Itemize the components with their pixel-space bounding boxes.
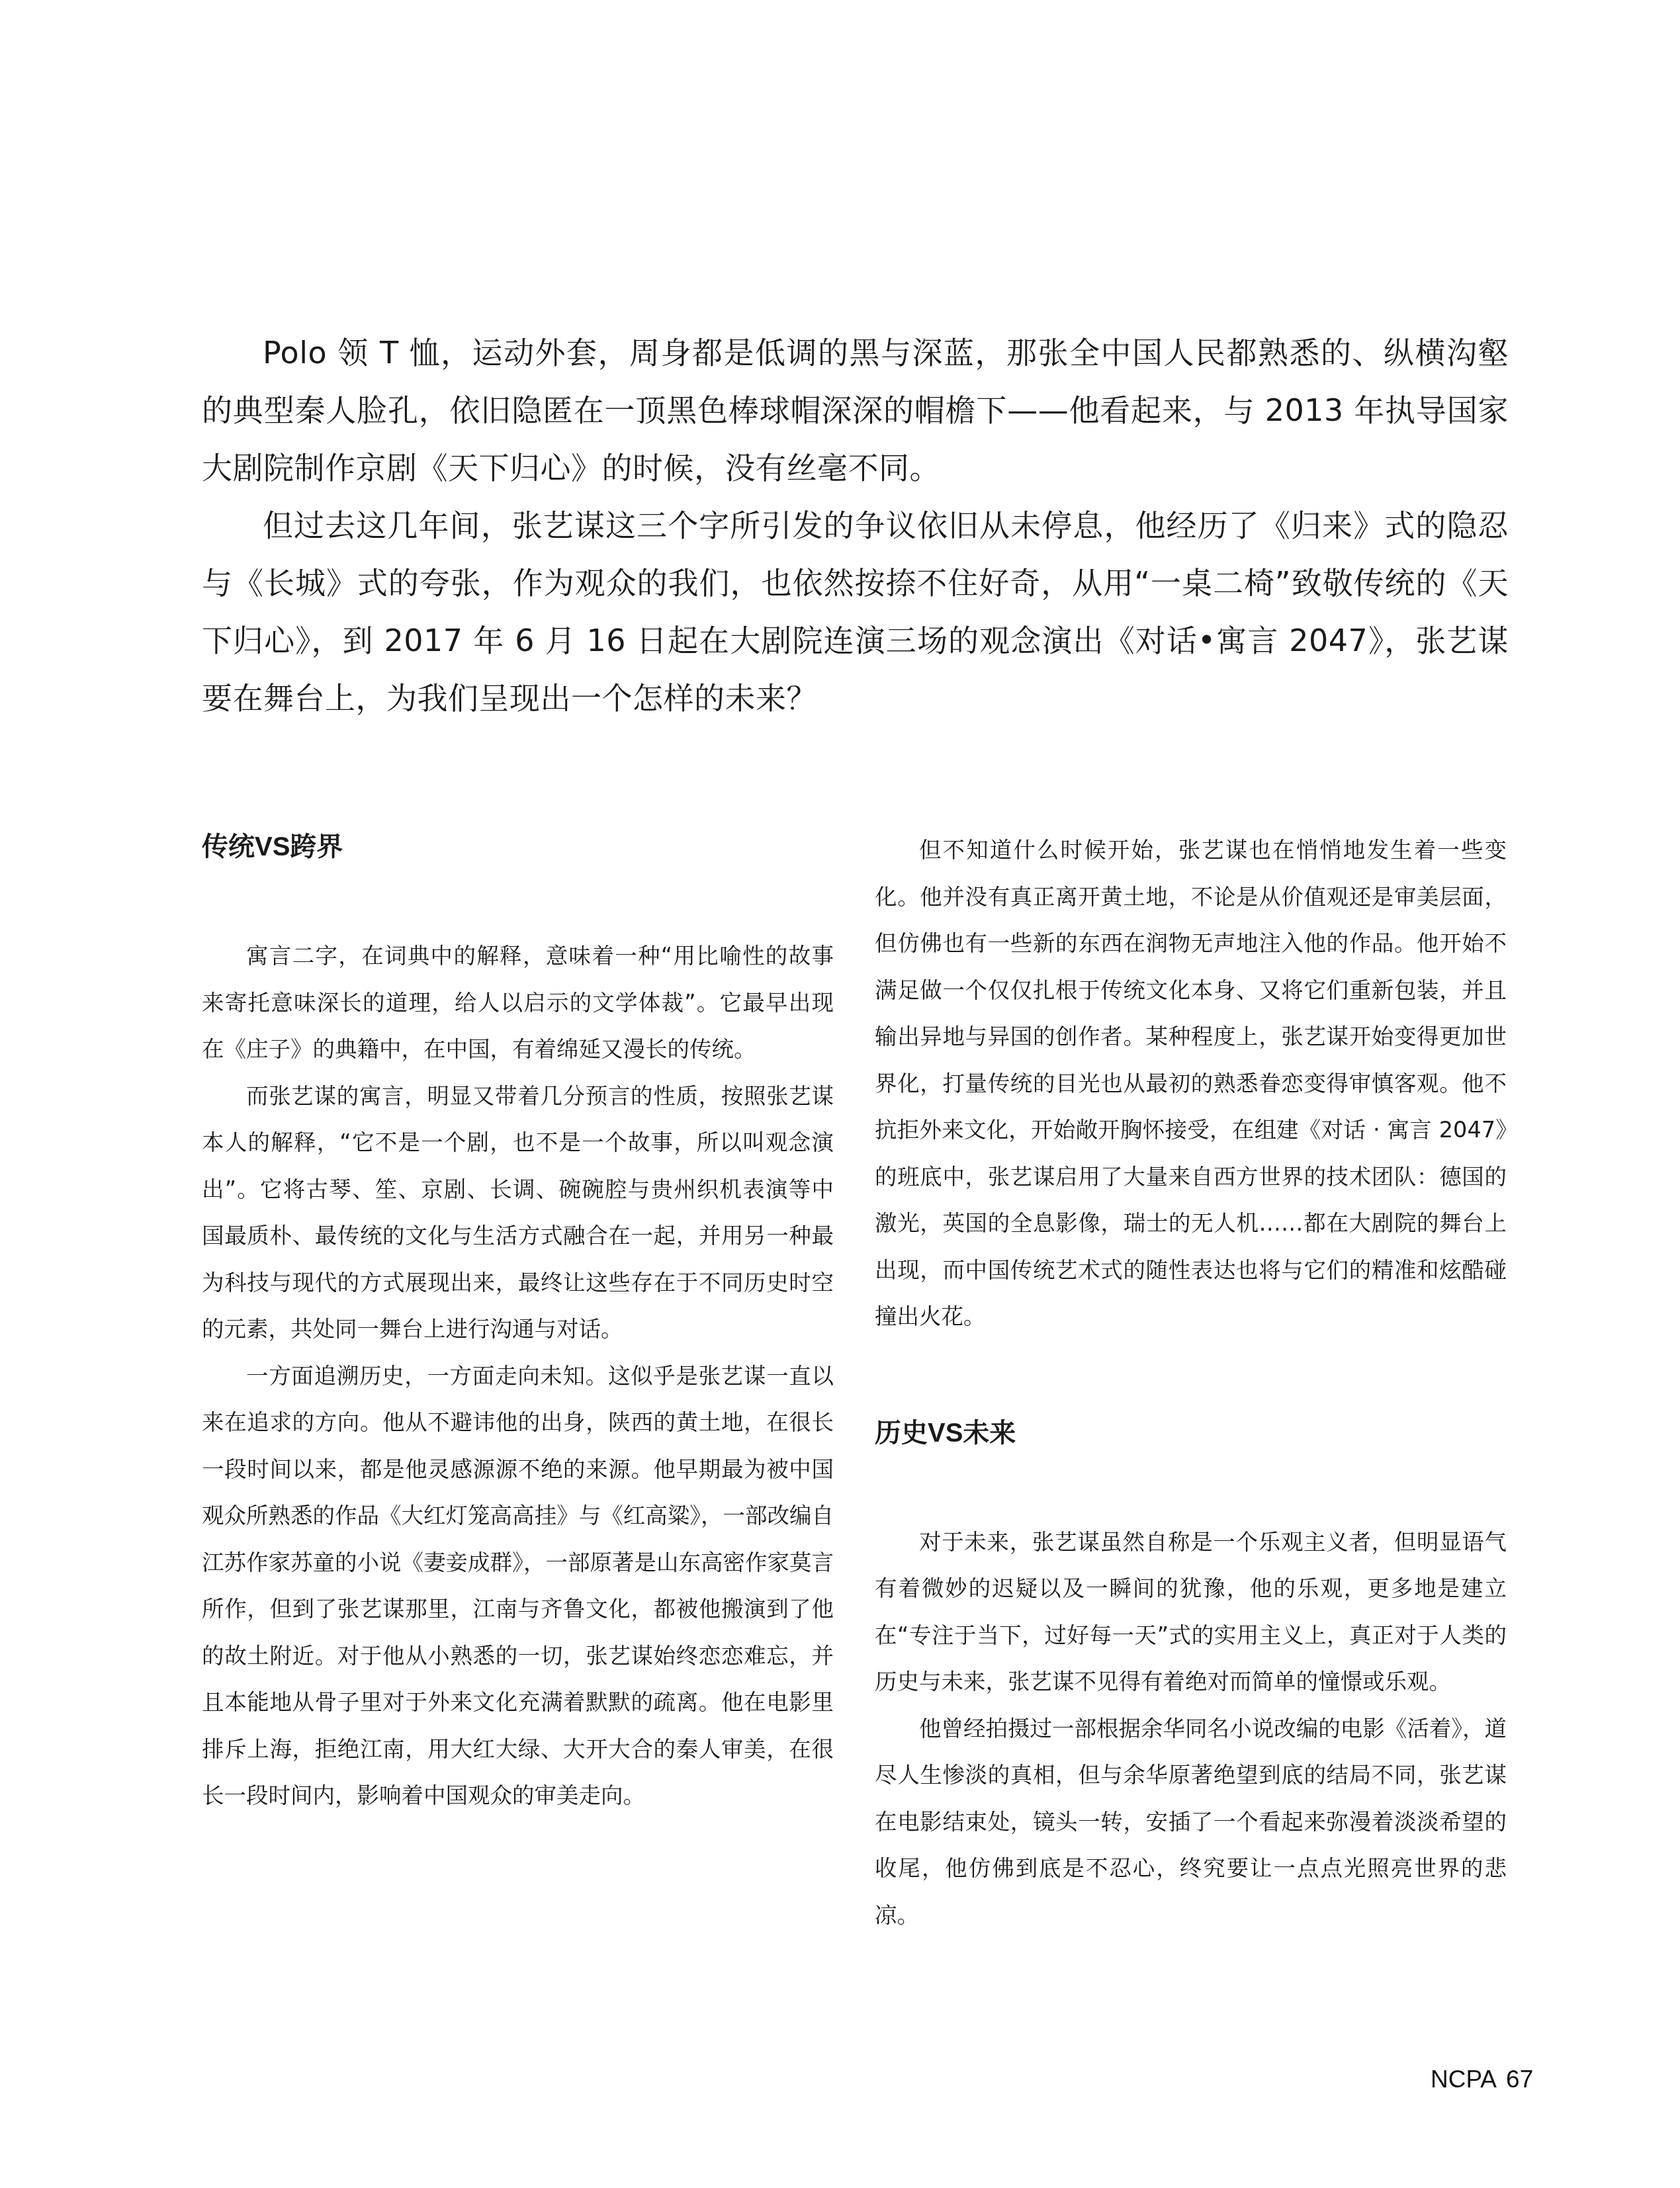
body-paragraph: 而张艺谋的寓言，明显又带着几分预言的性质，按照张艺谋本人的解释，“它不是一个剧，… <box>202 1073 834 1353</box>
left-column: 传统VS跨界 寓言二字，在词典中的解释，意味着一种“用比喻性的故事来寄托意味深长… <box>202 824 834 1819</box>
intro-paragraph: Polo 领 T 恤，运动外套，周身都是低调的黑与深蓝，那张全中国人民都熟悉的、… <box>202 324 1509 497</box>
section-heading-history-vs-future: 历史VS未来 <box>875 1410 1507 1456</box>
intro-paragraph: 但过去这几年间，张艺谋这三个字所引发的争议依旧从未停息，他经历了《归来》式的隐忍… <box>202 497 1509 727</box>
page-number: 67 <box>1506 2066 1533 2093</box>
spacer <box>875 1340 1507 1410</box>
body-paragraph: 对于未来，张艺谋虽然自称是一个乐观主义者，但明显语气有着微妙的迟疑以及一瞬间的犹… <box>875 1519 1507 1706</box>
body-paragraph: 但不知道什么时候开始，张艺谋也在悄悄地发生着一些变化。他并没有真正离开黄土地，不… <box>875 827 1507 1340</box>
intro-section: Polo 领 T 恤，运动外套，周身都是低调的黑与深蓝，那张全中国人民都熟悉的、… <box>202 324 1509 727</box>
body-paragraph: 他曾经拍摄过一部根据余华同名小说改编的电影《活着》，道尽人生惨淡的真相，但与余华… <box>875 1706 1507 1939</box>
section-heading-tradition-vs-crossover: 传统VS跨界 <box>202 824 834 870</box>
spacer <box>202 870 834 933</box>
body-paragraph: 寓言二字，在词典中的解释，意味着一种“用比喻性的故事来寄托意味深长的道理，给人以… <box>202 933 834 1073</box>
spacer <box>875 1456 1507 1519</box>
right-column: 但不知道什么时候开始，张艺谋也在悄悄地发生着一些变化。他并没有真正离开黄土地，不… <box>875 827 1507 1939</box>
page-footer: NCPA67 <box>1431 2066 1533 2093</box>
body-paragraph: 一方面追溯历史，一方面走向未知。这似乎是张艺谋一直以来在追求的方向。他从不避讳他… <box>202 1353 834 1819</box>
publication-name: NCPA <box>1431 2066 1497 2093</box>
